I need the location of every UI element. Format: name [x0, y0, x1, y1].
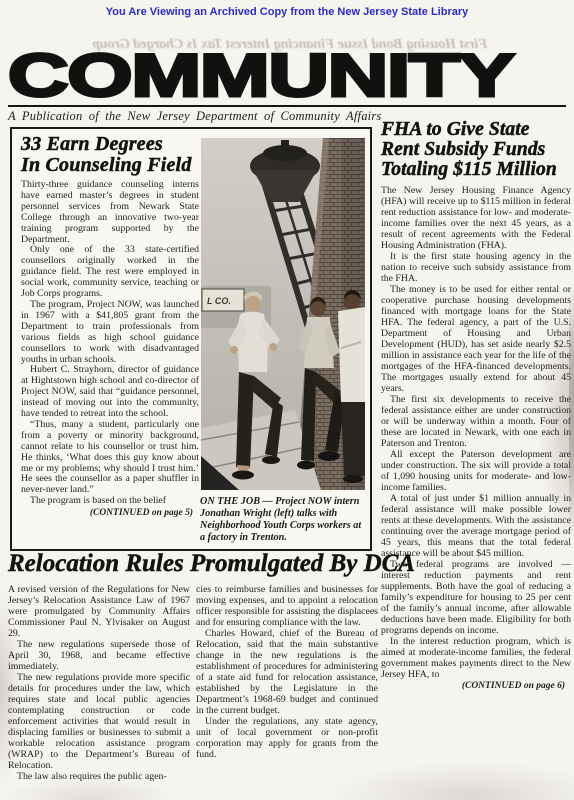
featured-story-box: 33 Earn Degrees In Counseling Field Thir… — [10, 127, 372, 551]
paragraph: Thirty-three guidance counseling interns… — [21, 180, 199, 245]
counseling-headline-line2: In Counseling Field — [21, 154, 192, 176]
fha-headline-line3: Totaling $115 Million — [381, 159, 557, 180]
paragraph: Charles Howard, chief of the Bureau of R… — [196, 628, 378, 716]
paragraph: The new regulations provide more specifi… — [8, 672, 190, 771]
scan-smudge — [569, 280, 574, 540]
news-photo: L CO. — [201, 138, 365, 490]
counseling-article: 33 Earn Degrees In Counseling Field Thir… — [21, 134, 199, 518]
masthead-title: COMMUNITY — [8, 50, 513, 102]
paragraph: The money is to be used for either renta… — [381, 284, 571, 394]
archive-banner: You Are Viewing an Archived Copy from th… — [0, 6, 574, 18]
paragraph: Only one of the 33 state-certified couns… — [21, 245, 199, 300]
paragraph: “Thus, many a student, particularly one … — [21, 420, 199, 496]
fha-body: The New Jersey Housing Finance Agency (H… — [381, 185, 571, 680]
paragraph: It is the first state housing agency in … — [381, 251, 571, 284]
paragraph: The first six developments to receive th… — [381, 394, 571, 449]
paragraph: The program is based on the belief — [21, 496, 199, 507]
fha-headline-line1: FHA to Give State — [381, 119, 530, 140]
paragraph: All except the Paterson development are … — [381, 449, 571, 493]
news-photo-illustration: L CO. — [201, 138, 365, 490]
counseling-continued-note: (CONTINUED on page 5) — [21, 508, 199, 518]
paragraph: The program, Project NOW, was launched i… — [21, 300, 199, 365]
fha-headline-line2: Rent Subsidy Funds — [381, 139, 545, 160]
relocation-column-2: cies to reimburse families and businesse… — [196, 584, 378, 760]
fha-article: FHA to Give State Rent Subsidy Funds Tot… — [381, 120, 571, 691]
counseling-body: Thirty-three guidance counseling interns… — [21, 180, 199, 507]
counseling-headline: 33 Earn Degrees In Counseling Field — [21, 134, 199, 176]
fha-headline: FHA to Give State Rent Subsidy Funds Tot… — [381, 120, 571, 180]
paragraph: Under the regulations, any state agency,… — [196, 716, 378, 760]
photo-caption: ON THE JOB — Project NOW intern Jonathan… — [200, 496, 366, 544]
paragraph: The new regulations supersede those of A… — [8, 639, 190, 672]
paragraph: The law also requires the public agen- — [8, 771, 190, 782]
archive-banner-text: You Are Viewing an Archived Copy from th… — [106, 6, 469, 18]
relocation-column-1: A revised version of the Regulations for… — [8, 584, 190, 782]
paragraph: The New Jersey Housing Finance Agency (H… — [381, 185, 571, 251]
photo-grain — [201, 138, 365, 490]
masthead-rule — [8, 105, 566, 107]
paragraph: In the interest reduction program, which… — [381, 636, 571, 680]
newsletter-page: You Are Viewing an Archived Copy from th… — [0, 0, 574, 800]
paragraph: Hubert C. Strayhorn, director of guidanc… — [21, 365, 199, 420]
paragraph: A revised version of the Regulations for… — [8, 584, 190, 639]
paragraph: cies to reimburse families and businesse… — [196, 584, 378, 628]
counseling-headline-line1: 33 Earn Degrees — [21, 133, 163, 155]
fha-continued-note: (CONTINUED on page 6) — [381, 681, 571, 691]
relocation-headline: Relocation Rules Promulgated By DCA — [8, 551, 383, 577]
